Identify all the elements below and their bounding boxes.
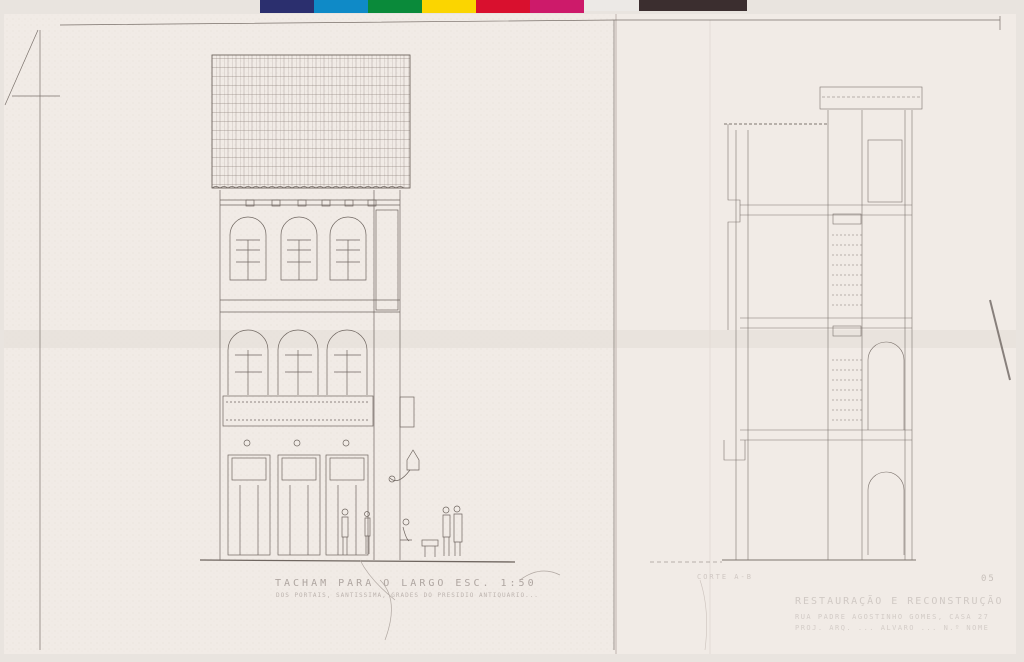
architectural-drawing bbox=[0, 0, 1024, 662]
elevation-title: TACHAM PARA O LARGO ESC. 1:50 bbox=[275, 578, 537, 589]
detail-line: PROJ. ARQ. ... ALVARO ... N.º NOME bbox=[795, 624, 989, 632]
sheet-number: 05 bbox=[981, 574, 996, 584]
building-section bbox=[650, 87, 922, 650]
elevation-subtitle: DOS PORTAIS, SANTISSIMA, GRADES DO PRESI… bbox=[276, 592, 539, 599]
section-title: CORTE A-B bbox=[697, 573, 753, 581]
paper-texture bbox=[4, 14, 1016, 654]
address-line: RUA PADRE AGOSTINHO GOMES, CASA 27 bbox=[795, 613, 989, 621]
project-title: RESTAURAÇÃO E RECONSTRUÇÃO bbox=[795, 596, 1004, 607]
